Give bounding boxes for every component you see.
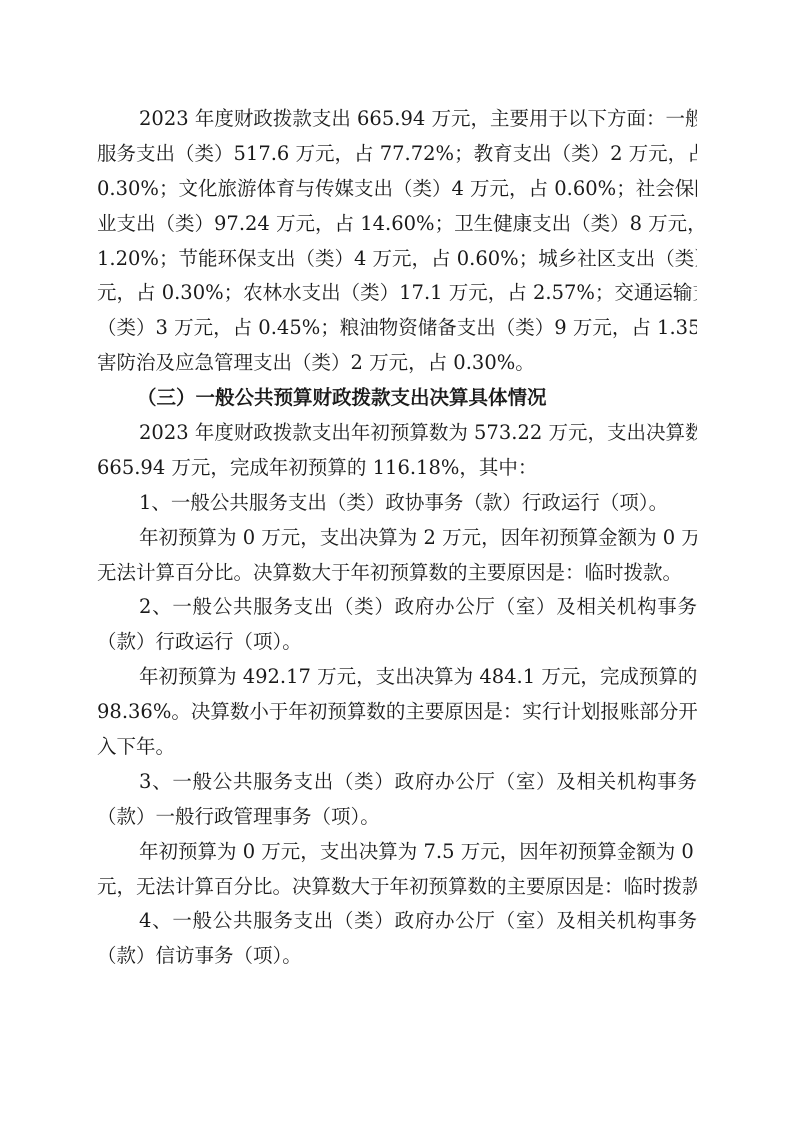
text-line: 0.30%；文化旅游体育与传媒支出（类）4 万元，占 0.60%；社会保障和就 xyxy=(97,172,697,207)
text-line: 2023 年度财政拨款支出 665.94 万元，主要用于以下方面：一般公共 xyxy=(97,102,697,137)
section-heading: （三）一般公共预算财政拨款支出决算具体情况 xyxy=(97,381,697,416)
text-line: （类）3 万元，占 0.45%；粮油物资储备支出（类）9 万元，占 1.35%；… xyxy=(97,311,697,346)
text-line: 害防治及应急管理支出（类）2 万元，占 0.30%。 xyxy=(97,346,697,381)
item-4-title: 4、一般公共服务支出（类）政府办公厅（室）及相关机构事务 （款）信访事务（项）。 xyxy=(97,904,697,974)
document-page: 2023 年度财政拨款支出 665.94 万元，主要用于以下方面：一般公共 服务… xyxy=(97,102,697,974)
text-line: 入下年。 xyxy=(97,730,697,765)
text-line: 无法计算百分比。决算数大于年初预算数的主要原因是：临时拨款。 xyxy=(97,556,697,591)
text-line: 业支出（类）97.24 万元，占 14.60%；卫生健康支出（类）8 万元，占 xyxy=(97,207,697,242)
text-line: 2023 年度财政拨款支出年初预算数为 573.22 万元，支出决算数为 xyxy=(97,416,697,451)
text-line: 1、一般公共服务支出（类）政协事务（款）行政运行（项）。 xyxy=(97,486,697,521)
item-2-detail: 年初预算为 492.17 万元，支出决算为 484.1 万元，完成预算的 98.… xyxy=(97,660,697,765)
item-2-title: 2、一般公共服务支出（类）政府办公厅（室）及相关机构事务 （款）行政运行（项）。 xyxy=(97,590,697,660)
item-1-detail: 年初预算为 0 万元，支出决算为 2 万元，因年初预算金额为 0 万元， 无法计… xyxy=(97,521,697,591)
paragraph-budget-overview: 2023 年度财政拨款支出年初预算数为 573.22 万元，支出决算数为 665… xyxy=(97,416,697,486)
text-line: 665.94 万元，完成年初预算的 116.18%，其中： xyxy=(97,451,697,486)
text-line: 年初预算为 492.17 万元，支出决算为 484.1 万元，完成预算的 xyxy=(97,660,697,695)
text-line: 服务支出（类）517.6 万元，占 77.72%；教育支出（类）2 万元，占 xyxy=(97,137,697,172)
text-line: 元，占 0.30%；农林水支出（类）17.1 万元，占 2.57%；交通运输支出 xyxy=(97,276,697,311)
item-3-title: 3、一般公共服务支出（类）政府办公厅（室）及相关机构事务 （款）一般行政管理事务… xyxy=(97,765,697,835)
item-3-detail: 年初预算为 0 万元，支出决算为 7.5 万元，因年初预算金额为 0 万 元，无… xyxy=(97,835,697,905)
section-heading-text: （三）一般公共预算财政拨款支出决算具体情况 xyxy=(97,381,697,416)
text-line: 年初预算为 0 万元，支出决算为 7.5 万元，因年初预算金额为 0 万 xyxy=(97,835,697,870)
text-line: 98.36%。决算数小于年初预算数的主要原因是：实行计划报账部分开支列 xyxy=(97,695,697,730)
paragraph-expenditure-summary: 2023 年度财政拨款支出 665.94 万元，主要用于以下方面：一般公共 服务… xyxy=(97,102,697,381)
text-line: 2、一般公共服务支出（类）政府办公厅（室）及相关机构事务 xyxy=(97,590,697,625)
text-line: 年初预算为 0 万元，支出决算为 2 万元，因年初预算金额为 0 万元， xyxy=(97,521,697,556)
item-1-title: 1、一般公共服务支出（类）政协事务（款）行政运行（项）。 xyxy=(97,486,697,521)
text-line: 4、一般公共服务支出（类）政府办公厅（室）及相关机构事务 xyxy=(97,904,697,939)
text-line: （款）信访事务（项）。 xyxy=(97,939,697,974)
text-line: （款）一般行政管理事务（项）。 xyxy=(97,800,697,835)
text-line: 1.20%；节能环保支出（类）4 万元，占 0.60%；城乡社区支出（类）2 万 xyxy=(97,242,697,277)
text-line: （款）行政运行（项）。 xyxy=(97,625,697,660)
text-line: 3、一般公共服务支出（类）政府办公厅（室）及相关机构事务 xyxy=(97,765,697,800)
text-line: 元，无法计算百分比。决算数大于年初预算数的主要原因是：临时拨款。 xyxy=(97,870,697,905)
